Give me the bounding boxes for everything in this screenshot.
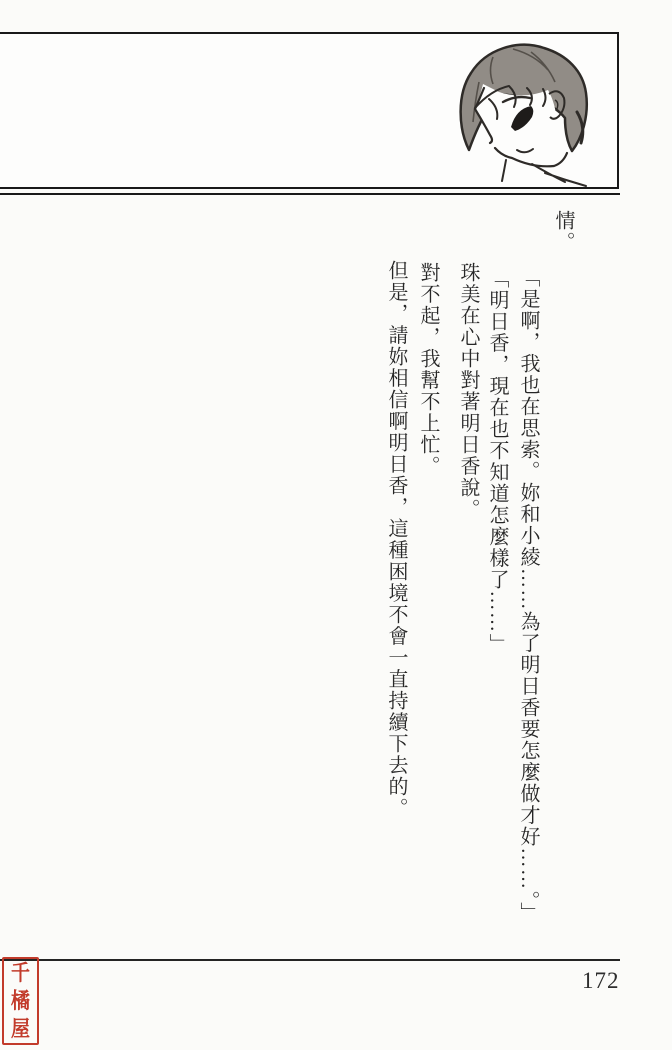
- text-column-narration-3: 但是，請妳相信啊明日香，這種困境不會一直持續下去的。: [381, 260, 411, 819]
- footer-rule: [0, 959, 620, 961]
- text-column-continuation: 情。: [548, 210, 578, 253]
- red-seal-stamp: 千 橘 屋: [2, 957, 39, 1045]
- text-column-dialogue-1: 「是啊，我也在思索。妳和小綾……為了明日香要怎麼做才好……。」: [513, 267, 543, 924]
- book-page: 情。 「是啊，我也在思索。妳和小綾……為了明日香要怎麼做才好……。」 「明日香，…: [0, 0, 672, 1050]
- text-column-dialogue-2: 「明日香，現在也不知道怎麼樣了……」: [482, 268, 512, 655]
- character-portrait-illustration: [455, 42, 595, 187]
- text-column-narration-2: 對不起，我幫不上忙。: [413, 262, 443, 477]
- panel-double-border-line: [0, 193, 620, 195]
- seal-character-bottom: 屋: [11, 1018, 30, 1040]
- page-number: 172: [582, 968, 620, 994]
- seal-character-top: 千: [11, 962, 30, 984]
- text-column-narration-1: 珠美在心中對著明日香說。: [453, 262, 483, 520]
- seal-character-middle: 橘: [11, 990, 30, 1012]
